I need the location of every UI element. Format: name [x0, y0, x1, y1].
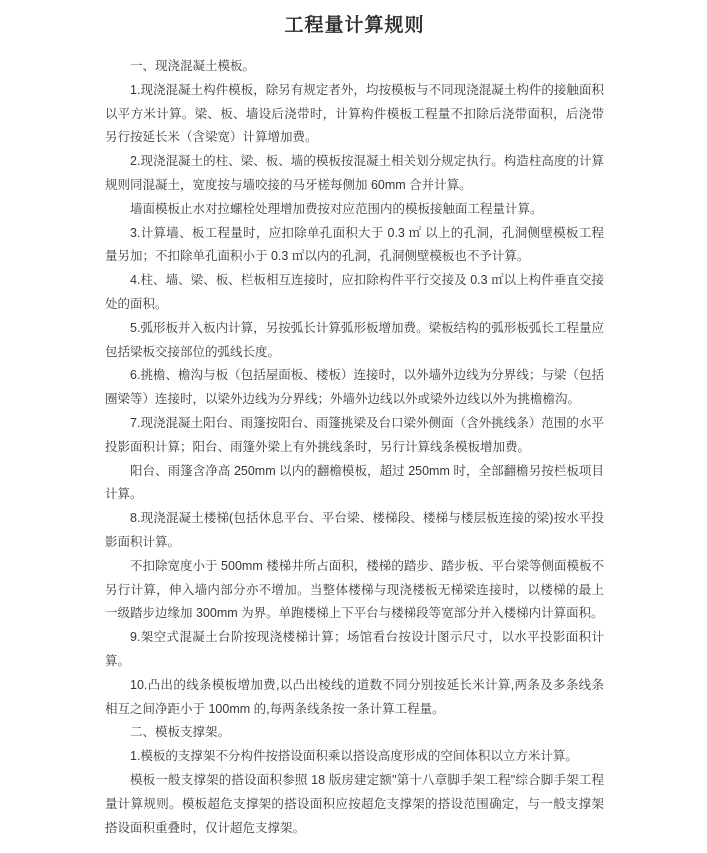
document-title: 工程量计算规则 — [105, 12, 604, 39]
rule-1-5: 5.弧形板并入板内计算，另按弧长计算弧形板增加费。梁板结构的弧形板弧长工程量应包… — [105, 317, 604, 365]
rule-1-1: 1.现浇混凝土构件模板，除另有规定者外，均按模板与不同现浇混凝土构件的接触面积以… — [105, 79, 604, 150]
section-1-heading: 一、现浇混凝土模板。 — [105, 55, 604, 79]
document-body: 一、现浇混凝土模板。 1.现浇混凝土构件模板，除另有规定者外，均按模板与不同现浇… — [105, 55, 604, 840]
rule-1-2: 2.现浇混凝土的柱、梁、板、墙的模板按混凝土相关划分规定执行。构造柱高度的计算规… — [105, 150, 604, 198]
rule-1-7: 7.现浇混凝土阳台、雨篷按阳台、雨篷挑梁及台口梁外侧面（含外挑线条）范围的水平投… — [105, 412, 604, 460]
rule-2-1: 1.模板的支撑架不分构件按搭设面积乘以搭设高度形成的空间体积以立方米计算。 — [105, 745, 604, 769]
rule-1-6: 6.挑檐、檐沟与板（包括屋面板、楼板）连接时，以外墙外边线为分界线；与梁（包括圈… — [105, 364, 604, 412]
document-page: 工程量计算规则 一、现浇混凝土模板。 1.现浇混凝土构件模板，除另有规定者外，均… — [0, 0, 707, 853]
rule-1-8-supplement: 不扣除宽度小于 500mm 楼梯井所占面积，楼梯的踏步、踏步板、平台梁等侧面模板… — [105, 555, 604, 626]
rule-1-4: 4.柱、墙、梁、板、栏板相互连接时，应扣除构件平行交接及 0.3 ㎡以上构件垂直… — [105, 269, 604, 317]
rule-2-1-supplement: 模板一般支撑架的搭设面积参照 18 版房建定额"第十八章脚手架工程"综合脚手架工… — [105, 769, 604, 840]
rule-1-10: 10.凸出的线条模板增加费,以凸出棱线的道数不同分别按延长米计算,两条及多条线条… — [105, 674, 604, 722]
rule-1-9: 9.架空式混凝土台阶按现浇楼梯计算；场馆看台按设计图示尺寸，以水平投影面积计算。 — [105, 626, 604, 674]
rule-1-8: 8.现浇混凝土楼梯(包括休息平台、平台梁、楼梯段、楼梯与楼层板连接的梁)按水平投… — [105, 507, 604, 555]
section-2-heading: 二、模板支撑架。 — [105, 721, 604, 745]
rule-1-2-supplement: 墙面模板止水对拉螺栓处理增加费按对应范围内的模板接触面工程量计算。 — [105, 198, 604, 222]
rule-1-7-supplement: 阳台、雨篷含净高 250mm 以内的翻檐模板，超过 250mm 时，全部翻檐另按… — [105, 460, 604, 508]
rule-1-3: 3.计算墙、板工程量时，应扣除单孔面积大于 0.3 ㎡ 以上的孔洞，孔洞侧壁模板… — [105, 222, 604, 270]
